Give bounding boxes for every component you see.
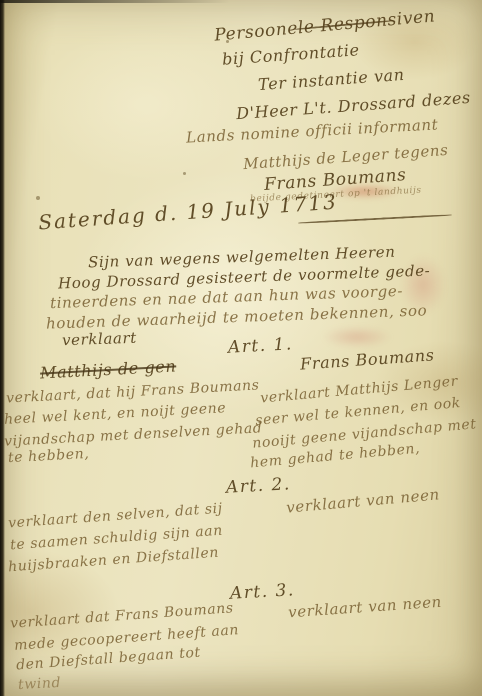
article-heading: Art. 3. bbox=[230, 580, 296, 603]
statement-line: verklaart van neen bbox=[286, 485, 441, 516]
date-line: Saterdag d. 19 July 1713 bbox=[38, 190, 339, 235]
date-underline bbox=[298, 214, 452, 224]
statement-line: verklaart van neen bbox=[288, 593, 443, 622]
paper-speck bbox=[36, 196, 40, 200]
struck-name: Matthijs de gen bbox=[40, 356, 177, 382]
article-heading: Art. 1. bbox=[228, 334, 294, 357]
paper-speck bbox=[183, 172, 186, 175]
scan-left-edge bbox=[0, 0, 5, 696]
statement-line-cutoff: twind bbox=[18, 675, 62, 693]
preamble-line: verklaart bbox=[62, 329, 137, 350]
deponent-name: Frans Boumans bbox=[300, 345, 436, 373]
manuscript-page: Persoonele Responsiven bij Confrontatie … bbox=[0, 0, 482, 696]
title-line: Ter instantie van bbox=[258, 65, 406, 94]
paper-stain bbox=[322, 326, 392, 348]
title-line: bij Confrontatie bbox=[222, 40, 361, 69]
article-heading: Art. 2. bbox=[226, 474, 292, 497]
statement-line: te hebben, bbox=[8, 446, 90, 466]
scan-top-edge bbox=[0, 0, 230, 3]
title-line: Lands nomine officii informant bbox=[186, 115, 439, 146]
